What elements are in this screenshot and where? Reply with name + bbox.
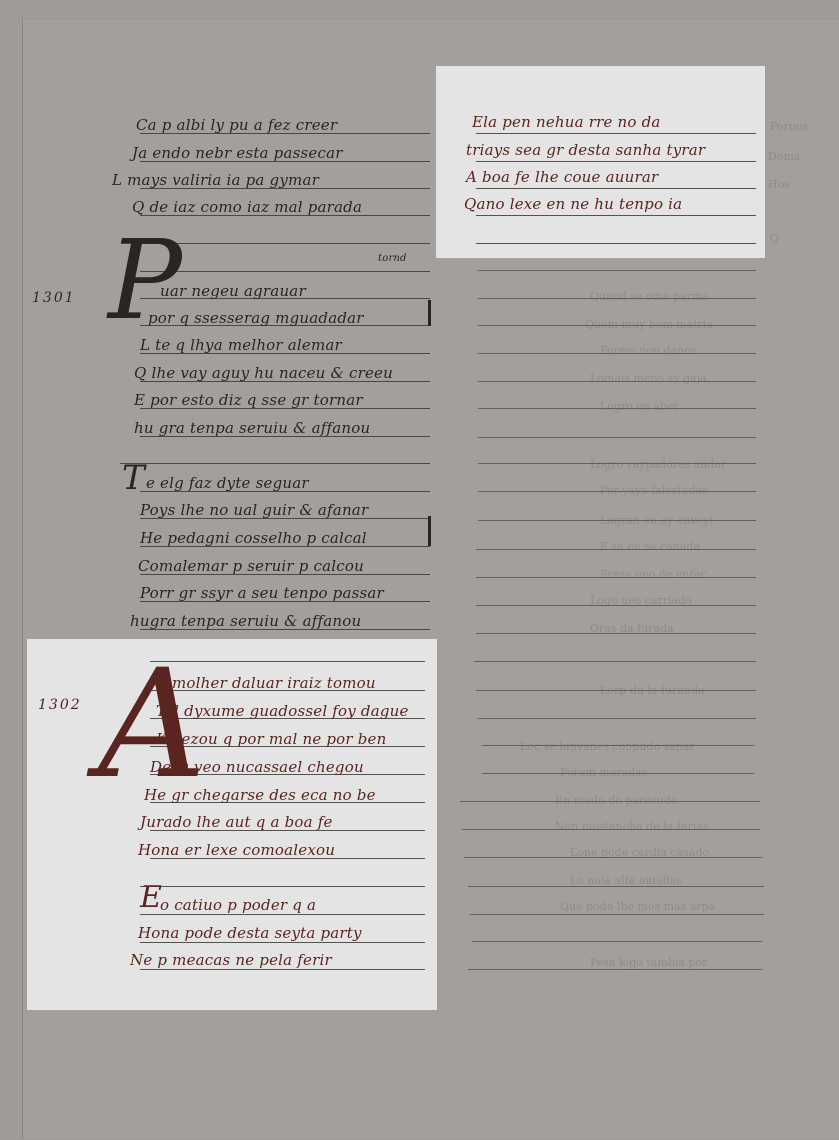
verse-line: Ne p meacas ne pela ferir [130,951,332,969]
verse-line: Ja endo nebr esta passecar [132,144,343,162]
verse-line: Tal dyxume guadossel foy dague [156,702,409,720]
decorated-initial: T [122,458,145,498]
decorated-initial: E [140,880,162,915]
verse-line: Jurado lhe aut q a boa fe [140,813,333,831]
verse-line: triays sea gr desta sanha tyrar [466,141,705,159]
verse-line: Hona er lexe comoalexou [138,841,335,859]
verse-line: Poys lhe no ual guir & afanar [140,501,368,519]
verse-line: A boa fe lhe coue auurar [466,168,658,186]
verse-line: o catiuo p poder q a [160,896,316,914]
verse-line: Q de iaz como iaz mal parada [132,198,362,216]
highlight-region-top-right [436,66,765,258]
marginal-note: tornd [378,253,407,264]
folio-number-1302: 1302 [38,697,82,713]
verse-line: Ca p albi ly pu a fez creer [136,116,337,134]
margin-bracket [428,300,431,326]
folio-number-1301: 1301 [32,290,76,306]
verse-line: L te q lhya melhor alemar [140,336,342,354]
verse-line: e elg faz dyte seguar [146,474,309,492]
verse-line: Kalezou q por mal ne por ben [156,730,386,748]
verse-line: hu gra tenpa seruiu & affanou [134,419,370,437]
verse-line: Hona pode desta seyta party [138,924,362,942]
verse-line: He pedagni cosselho p calcal [140,529,367,547]
verse-line: Q lhe vay aguy hu naceu & creeu [134,364,393,382]
margin-bracket [428,516,431,546]
verse-line: uar negeu agrauar [160,282,306,300]
verse-line: molher daluar iraiz tomou [172,674,376,692]
verse-line: Comalemar p seruir p calcou [138,557,364,575]
verse-line: hugra tenpa seruiu & affanou [130,612,361,630]
verse-line: Ela pen nehua rre no da [472,113,661,131]
verse-line: Porr gr ssyr a seu tenpo passar [140,584,384,602]
verse-line: He gr chegarse des eca no be [144,786,376,804]
verse-line: L mays valiria ia pa gymar [112,171,319,189]
verse-line: por q ssesserag mguadadar [148,309,364,327]
verse-line: Qano lexe en ne hu tenpo ia [464,195,682,213]
decorated-initial: A [98,650,206,800]
verse-line: E por esto diz q sse gr tornar [134,391,363,409]
verse-line: Desq veo nucassael chegou [150,758,364,776]
